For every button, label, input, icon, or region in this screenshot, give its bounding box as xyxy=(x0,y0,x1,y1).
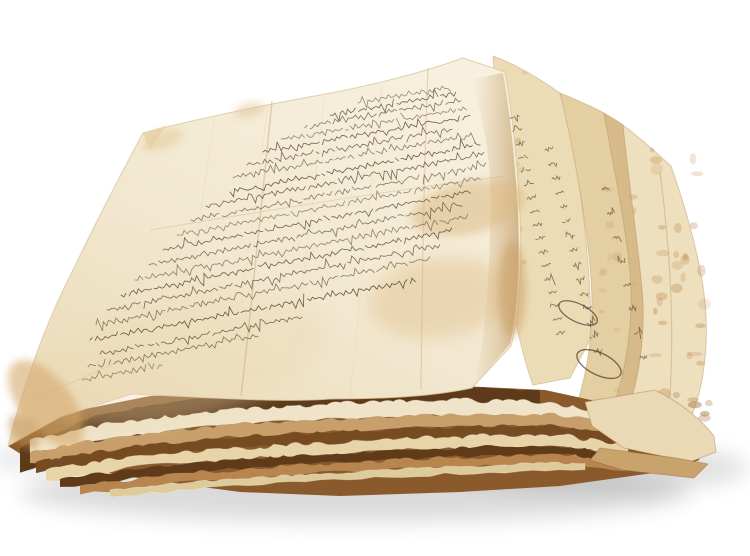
mottle-blob xyxy=(650,156,662,163)
mottle-blob xyxy=(651,163,663,175)
mottle-blob xyxy=(658,321,667,325)
mottle-blob xyxy=(683,253,689,260)
mottle-blob xyxy=(695,323,706,328)
mottle-blob xyxy=(614,388,619,392)
mottle-blob xyxy=(614,328,620,332)
manuscript-photo xyxy=(0,0,750,556)
stain xyxy=(498,242,526,338)
mottle-blob xyxy=(658,225,666,230)
mottle-blob xyxy=(691,171,704,176)
mottle-blob xyxy=(687,397,699,402)
mottle-blob xyxy=(700,411,710,417)
mottle-blob xyxy=(671,284,683,294)
manuscript-photo-svg xyxy=(0,0,750,556)
mottle-blob xyxy=(671,261,683,270)
mottle-blob xyxy=(697,265,706,277)
mottle-blob xyxy=(612,252,623,261)
mottle-blob xyxy=(673,251,679,258)
mottle-blob xyxy=(606,221,615,228)
mottle-blob xyxy=(649,353,662,357)
mottle-blob xyxy=(632,207,637,215)
mottle-blob xyxy=(656,250,670,257)
mottle-blob xyxy=(656,292,668,300)
mottle-blob xyxy=(628,194,638,199)
mottle-blob xyxy=(607,253,612,261)
mottle-blob xyxy=(599,310,604,314)
mottle-blob xyxy=(688,401,702,408)
mottle-blob xyxy=(599,288,607,292)
mottle-blob xyxy=(690,153,697,164)
mottle-blob xyxy=(674,223,682,233)
mottle-blob xyxy=(650,148,655,153)
mottle-blob xyxy=(698,299,710,310)
mottle-blob xyxy=(651,275,662,284)
photo-canvas xyxy=(0,0,750,556)
mottle-blob xyxy=(686,352,692,360)
mottle-blob xyxy=(653,308,658,315)
mottle-blob xyxy=(681,273,686,283)
mottle-blob xyxy=(696,361,705,366)
mottle-blob xyxy=(630,281,638,287)
mottle-blob xyxy=(705,400,713,406)
mottle-blob xyxy=(599,269,607,276)
mottle-blob xyxy=(673,392,680,399)
mottle-blob xyxy=(690,222,698,229)
mottle-blob xyxy=(521,71,527,75)
